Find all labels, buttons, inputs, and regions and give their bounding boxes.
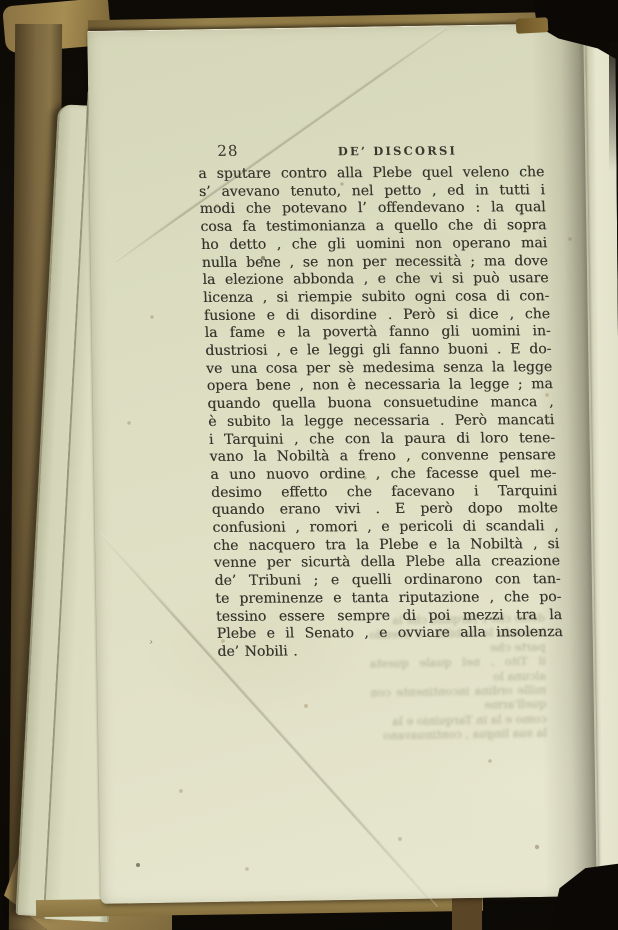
right-edge-shadow <box>609 42 618 172</box>
body-line: i Tarquini , che con la paura di loro te… <box>209 430 556 450</box>
body-line: de’ Nobili . <box>217 642 564 662</box>
page-number: 28 <box>217 142 239 160</box>
body-line: la fame e la povertà fanno gli uomini in… <box>204 323 551 343</box>
book-edge-gilt-patch <box>516 17 549 34</box>
body-line: ve una cosa per sè medesima senza la leg… <box>206 359 553 379</box>
body-line: confusioni , romori , e pericoli di scan… <box>212 518 559 538</box>
show-through-line: mille ordina incontinente con quell'arme <box>370 682 546 714</box>
body-line: quando erano vivi . E però dopo molte <box>211 500 558 520</box>
body-line: vano la Nobiltà a freno , convenne pensa… <box>209 447 556 467</box>
page-text: 28 DE’ DISCORSI a sputare contro alla Pl… <box>197 140 564 661</box>
show-through-line: la sua lingua , continuavano <box>371 726 547 743</box>
body-line: nulla bene , se non per necessità ; ma d… <box>202 253 549 273</box>
body-line: de’ Tribuni ; e quelli ordinarono con ta… <box>214 571 561 591</box>
body-line: modi che potevano l’ offendevano : la qu… <box>199 200 546 220</box>
body-line: desimo effetto che facevano i Tarquini <box>211 483 558 503</box>
body-line: la elezione abbonda , e che vi si può us… <box>202 270 549 290</box>
body-line: a sputare contro alla Plebe quel veleno … <box>198 164 545 184</box>
body-line: ho detto , che gli uomini non operano ma… <box>201 235 548 255</box>
body-line: te preminenze e tanta riputazione , che … <box>215 589 562 609</box>
body-text: a sputare contro alla Plebe quel veleno … <box>198 164 564 661</box>
page-header: 28 DE’ DISCORSI <box>197 140 544 160</box>
body-line: cosa fa testimonianza a quello che di so… <box>200 217 547 237</box>
body-line: opera bene , non è necessaria la legge ;… <box>206 377 553 397</box>
book-photo: detto che i Tarquini che latenendo la No… <box>0 0 618 930</box>
body-line: venne per sicurtà della Plebe alla creaz… <box>214 554 561 574</box>
body-line: quando quella buona consuetudine manca , <box>207 394 554 414</box>
body-line: fusione e di disordine . Però si dice , … <box>204 306 551 326</box>
body-line: a uno nuovo ordine , che facesse quel me… <box>210 465 557 485</box>
body-line: tessino essere sempre di poi mezzi tra l… <box>216 607 563 627</box>
paper-speckles <box>0 0 2 2</box>
body-line: dustriosi , e le leggi gli fanno buoni .… <box>205 341 552 361</box>
body-line: è subito la legge necessaria . Però manc… <box>208 412 555 432</box>
body-line: licenza , si riempie subito ogni cosa di… <box>203 288 550 308</box>
running-title: DE’ DISCORSI <box>338 144 458 159</box>
body-line: s’ avevano tenuto, nel petto , ed in tut… <box>199 182 546 202</box>
body-line: Plebe e il Senato , e ovviare alla insol… <box>216 624 563 644</box>
